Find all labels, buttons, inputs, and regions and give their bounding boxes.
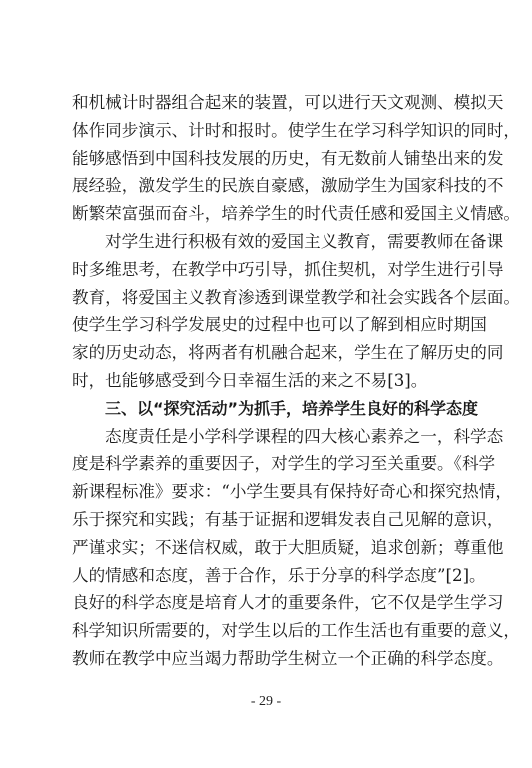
text-line: 科学知识所需要的，对学生以后的工作生活也有重要的意义， (72, 617, 462, 645)
text-line: 体作同步演示、计时和报时。使学生在学习科学知识的同时， (72, 117, 462, 145)
text-line: 教师在教学中应当竭力帮助学生树立一个正确的科学态度。 (72, 645, 462, 673)
text-line: 教育，将爱国主义教育渗透到课堂教学和社会实践各个层面。 (72, 284, 462, 312)
text-line: 态度责任是小学科学课程的四大核心素养之一，科学态 (72, 423, 462, 451)
text-line: 人的情感和态度，善于合作，乐于分享的科学态度”[2]。 (72, 562, 462, 590)
text-line: 断繁荣富强而奋斗，培养学生的时代责任感和爱国主义情感。 (72, 200, 462, 228)
text-line: 乐于探究和实践；有基于证据和逻辑发表自己见解的意识， (72, 506, 462, 534)
body-text: 和机械计时器组合起来的装置，可以进行天文观测、模拟天 体作同步演示、计时和报时。… (72, 89, 462, 673)
text-line: 良好的科学态度是培育人才的重要条件，它不仅是学生学习 (72, 589, 462, 617)
text-line: 使学生学习科学发展史的过程中也可以了解到相应时期国 (72, 311, 462, 339)
text-line: 对学生进行积极有效的爱国主义教育，需要教师在备课 (72, 228, 462, 256)
text-line: 度是科学素养的重要因子，对学生的学习至关重要。《科学 (72, 450, 462, 478)
text-line: 和机械计时器组合起来的装置，可以进行天文观测、模拟天 (72, 89, 462, 117)
text-line: 家的历史动态，将两者有机融合起来，学生在了解历史的同 (72, 339, 462, 367)
document-page: 和机械计时器组合起来的装置，可以进行天文观测、模拟天 体作同步演示、计时和报时。… (0, 0, 532, 768)
text-line: 展经验，激发学生的民族自豪感，激励学生为国家科技的不 (72, 172, 462, 200)
text-line: 时多维思考，在教学中巧引导，抓住契机，对学生进行引导 (72, 256, 462, 284)
text-line: 严谨求实；不迷信权威，敢于大胆质疑，追求创新；尊重他 (72, 534, 462, 562)
text-line: 时，也能够感受到今日幸福生活的来之不易[3]。 (72, 367, 462, 395)
text-line: 能够感悟到中国科技发展的历史，有无数前人铺垫出来的发 (72, 145, 462, 173)
section-heading: 三、以“探究活动”为抓手，培养学生良好的科学态度 (72, 395, 462, 423)
page-number: - 29 - (0, 694, 532, 710)
text-line: 新课程标准》要求：“小学生要具有保持好奇心和探究热情， (72, 478, 462, 506)
